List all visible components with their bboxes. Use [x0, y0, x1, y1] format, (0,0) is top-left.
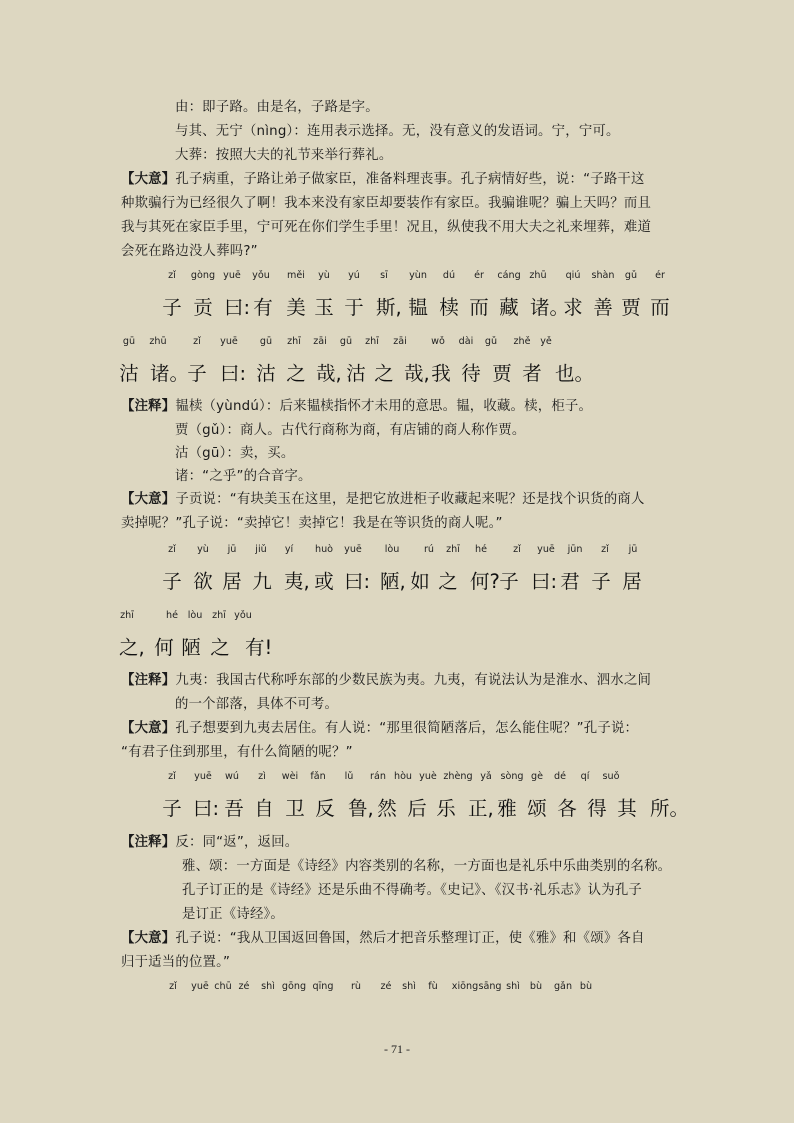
note-line: 与其、无宁（nìng）：连用表示选择。无，没有意义的发语词。宁，宁可。: [175, 124, 620, 140]
classical-character: 之: [286, 362, 306, 386]
notes-label: 【注释】: [121, 673, 175, 688]
classical-character: 诸。: [150, 362, 189, 386]
classical-character: 之: [210, 636, 230, 660]
classical-character: 雅: [497, 797, 517, 821]
pinyin-syllable: lòu: [188, 610, 203, 622]
pinyin-syllable: qiú: [566, 270, 581, 282]
pinyin-syllable: qí: [581, 771, 590, 783]
classical-character: 之,: [119, 636, 145, 660]
dayi-label: 【大意】: [121, 492, 175, 507]
classical-character: 贡: [193, 296, 213, 320]
notes-paragraph-line: 贾（gǔ）：商人。古代行商称为商，有店铺的商人称作贾。: [175, 423, 525, 439]
classical-character: 贾: [492, 362, 512, 386]
classical-character: 何: [154, 636, 174, 660]
pinyin-syllable: sòng: [500, 771, 523, 783]
pinyin-syllable: yǎ: [480, 771, 492, 783]
classical-character: 如: [410, 570, 430, 594]
pinyin-syllable: gōng: [282, 981, 306, 993]
pinyin-syllable: zhū: [149, 336, 166, 348]
classical-character: 求: [563, 296, 583, 320]
pinyin-syllable: cáng: [497, 270, 520, 282]
classical-character: 子: [499, 570, 519, 594]
dayi-paragraph-line: “有君子住到那里，有什么简陋的呢？”: [121, 745, 353, 761]
pinyin-syllable: yuē: [220, 336, 238, 348]
pinyin-syllable: yùn: [409, 270, 427, 282]
classical-character: 各: [557, 797, 577, 821]
pinyin-syllable: qīng: [313, 981, 334, 993]
pinyin-syllable: zǐ: [601, 544, 609, 556]
classical-character: 椟: [439, 296, 459, 320]
classical-character: 得: [587, 797, 607, 821]
pinyin-syllable: ér: [655, 270, 665, 282]
pinyin-syllable: zǐ: [169, 981, 177, 993]
classical-character: 正,: [468, 797, 494, 821]
pinyin-syllable: jūn: [568, 544, 583, 556]
classical-character: 曰:: [224, 296, 250, 320]
classical-character: 颂: [527, 797, 547, 821]
classical-character: 子: [162, 797, 182, 821]
classical-character: 也。: [555, 362, 594, 386]
pinyin-syllable: shì: [506, 981, 520, 993]
pinyin-syllable: chū: [214, 981, 231, 993]
pinyin-syllable: yuē: [191, 981, 209, 993]
pinyin-syllable: jiǔ: [255, 544, 266, 556]
classical-character: 者: [522, 362, 542, 386]
pinyin-syllable: měi: [287, 270, 305, 282]
pinyin-syllable: yuē: [223, 270, 241, 282]
classical-character: 子: [162, 296, 182, 320]
classical-character: 曰:: [193, 797, 219, 821]
notes-paragraph-line: 【注释】韫椟（yùndú）：后来韫椟指怀才未用的意思。韫，收藏。椟，柜子。: [121, 399, 592, 415]
classical-character: 玉: [314, 296, 334, 320]
classical-character: 之: [438, 570, 458, 594]
pinyin-syllable: yuē: [537, 544, 555, 556]
text: 反：同“返”，返回。: [175, 835, 298, 850]
dayi-label: 【大意】: [121, 172, 175, 187]
classical-character: 美: [286, 296, 306, 320]
pinyin-syllable: yù: [197, 544, 209, 556]
pinyin-syllable: sī: [380, 270, 388, 282]
page-number: - 71 -: [0, 1042, 794, 1057]
classical-character: 而: [469, 296, 489, 320]
dayi-paragraph-line: 卖掉呢？”孔子说：“卖掉它！卖掉它！我是在等识货的商人呢。”: [121, 516, 503, 532]
classical-character: 韫: [408, 296, 428, 320]
pinyin-syllable: zhě: [513, 336, 530, 348]
pinyin-syllable: wú: [225, 771, 239, 783]
notes-paragraph-line: 的一个部落，具体不可考。: [175, 697, 338, 713]
notes-label: 【注释】: [121, 399, 175, 414]
classical-character: 哉,: [404, 362, 430, 386]
dayi-paragraph-line: 【大意】孔子病重，子路让弟子做家臣，准备料理丧事。孔子病情好些，说：“子路干这: [121, 172, 645, 188]
text: 孔子想要到九夷去居住。有人说：“那里很简陋落后，怎么能住呢？”孔子说：: [175, 721, 638, 736]
pinyin-syllable: zǐ: [168, 771, 176, 783]
text: 孔子病重，子路让弟子做家臣，准备料理丧事。孔子病情好些，说：“子路干这: [175, 172, 644, 187]
pinyin-syllable: fǎn: [310, 771, 325, 783]
dayi-paragraph-line: 【大意】孔子说：“我从卫国返回鲁国，然后才把音乐整理订正，使《雅》和《颂》各自: [121, 931, 645, 947]
pinyin-syllable: hé: [475, 544, 487, 556]
classical-character: 待: [461, 362, 481, 386]
pinyin-syllable: yǒu: [252, 270, 270, 282]
notes-label: 【注释】: [121, 835, 175, 850]
pinyin-syllable: gū: [123, 336, 135, 348]
pinyin-syllable: zǐ: [168, 544, 176, 556]
dayi-paragraph-line: 会死在路边没人葬吗?”: [121, 244, 258, 260]
classical-character: 善: [593, 296, 613, 320]
pinyin-syllable: yuè: [419, 771, 437, 783]
classical-character: 我: [431, 362, 451, 386]
pinyin-syllable: dài: [459, 336, 474, 348]
classical-character: 沽: [346, 362, 366, 386]
pinyin-syllable: bù: [530, 981, 542, 993]
classical-character: 鲁,: [348, 797, 374, 821]
classical-character: 而: [650, 296, 670, 320]
pinyin-syllable: zhèng: [443, 771, 472, 783]
classical-character: 卫: [285, 797, 305, 821]
pinyin-syllable: zé: [239, 981, 250, 993]
pinyin-syllable: shì: [402, 981, 416, 993]
classical-character: 斯,: [376, 296, 402, 320]
classical-character: 居: [622, 570, 642, 594]
dayi-label: 【大意】: [121, 721, 175, 736]
document-page: 由：即子路。由是名，子路是字。 与其、无宁（nìng）：连用表示选择。无，没有意…: [0, 0, 794, 1123]
pinyin-syllable: zhī: [120, 610, 134, 622]
notes-paragraph-line: 孔子订正的是《诗经》还是乐曲不得确考。《史记》、《汉书·礼乐志》认为孔子: [182, 883, 642, 899]
notes-paragraph-line: 雅、颂：一方面是《诗经》内容类别的名称，一方面也是礼乐中乐曲类别的名称。: [182, 859, 671, 875]
pinyin-syllable: zǐ: [193, 336, 201, 348]
pinyin-syllable: zhū: [529, 270, 546, 282]
classical-character: 曰:: [220, 362, 246, 386]
classical-character: 之: [374, 362, 394, 386]
pinyin-syllable: fù: [428, 981, 437, 993]
classical-character: 君: [560, 570, 580, 594]
classical-character: 陋,: [380, 570, 406, 594]
classical-character: 子: [162, 570, 182, 594]
classical-character: 子: [591, 570, 611, 594]
notes-paragraph-line: 【注释】九夷：我国古代称呼东部的少数民族为夷。九夷，有说法认为是淮水、泗水之间: [121, 673, 651, 689]
dayi-paragraph-line: 归于适当的位置。”: [121, 955, 230, 971]
pinyin-syllable: gū: [260, 336, 272, 348]
pinyin-syllable: zhī: [446, 544, 460, 556]
pinyin-syllable: wǒ: [431, 336, 445, 348]
pinyin-syllable: yuē: [344, 544, 362, 556]
classical-character: 于: [344, 296, 364, 320]
notes-paragraph-line: 沽（gū）：卖，买。: [175, 446, 294, 462]
pinyin-syllable: zé: [381, 981, 392, 993]
classical-character: 曰:: [531, 570, 557, 594]
classical-character: 居: [222, 570, 242, 594]
dayi-paragraph-line: 【大意】孔子想要到九夷去居住。有人说：“那里很简陋落后，怎么能住呢？”孔子说：: [121, 721, 638, 737]
classical-character: 其: [617, 797, 637, 821]
pinyin-syllable: yě: [540, 336, 552, 348]
classical-character: 贾: [621, 296, 641, 320]
pinyin-syllable: zāi: [313, 336, 327, 348]
note-line: 大葬：按照大夫的礼节来举行葬礼。: [175, 148, 392, 164]
pinyin-syllable: yí: [285, 544, 293, 556]
pinyin-syllable: jū: [629, 544, 638, 556]
classical-character: 自: [254, 797, 274, 821]
pinyin-syllable: yù: [318, 270, 330, 282]
pinyin-syllable: gū: [340, 336, 352, 348]
classical-character: 或: [314, 570, 334, 594]
pinyin-syllable: yǒu: [234, 610, 252, 622]
notes-paragraph-line: 是订正《诗经》。: [182, 907, 284, 923]
classical-character: 反: [315, 797, 335, 821]
pinyin-syllable: jū: [228, 544, 237, 556]
pinyin-syllable: dú: [443, 270, 455, 282]
pinyin-syllable: gǔ: [625, 270, 637, 282]
note-line: 由：即子路。由是名，子路是字。: [175, 100, 379, 116]
pinyin-syllable: dé: [554, 771, 566, 783]
pinyin-syllable: huò: [315, 544, 333, 556]
classical-character: 哉,: [316, 362, 342, 386]
pinyin-syllable: yú: [348, 270, 360, 282]
pinyin-syllable: lǔ: [345, 771, 354, 783]
pinyin-syllable: hé: [166, 610, 178, 622]
text: 九夷：我国古代称呼东部的少数民族为夷。九夷，有说法认为是淮水、泗水之间: [175, 673, 651, 688]
classical-character: 何?: [470, 570, 500, 594]
pinyin-syllable: yuē: [194, 771, 212, 783]
classical-character: 沽: [119, 362, 139, 386]
classical-character: 乐: [436, 797, 456, 821]
pinyin-syllable: xiōng: [452, 981, 478, 993]
pinyin-syllable: shì: [261, 981, 275, 993]
pinyin-syllable: lòu: [385, 544, 400, 556]
pinyin-syllable: gǎn: [554, 981, 572, 993]
classical-character: 沽: [256, 362, 276, 386]
text: 孔子说：“我从卫国返回鲁国，然后才把音乐整理订正，使《雅》和《颂》各自: [175, 931, 644, 946]
classical-character: 藏: [499, 296, 519, 320]
classical-character: 陋: [181, 636, 201, 660]
dayi-paragraph-line: 种欺骗行为已经很久了啊！我本来没有家臣却要装作有家臣。我骗谁呢？骗上天吗？而且: [121, 196, 651, 212]
pinyin-syllable: suǒ: [603, 771, 620, 783]
classical-character: 欲: [193, 570, 213, 594]
classical-character: 所。: [650, 797, 689, 821]
pinyin-syllable: gè: [531, 771, 543, 783]
pinyin-syllable: zì: [258, 771, 266, 783]
pinyin-syllable: shàn: [591, 270, 614, 282]
pinyin-syllable: rù: [351, 981, 361, 993]
classical-character: 夷,: [284, 570, 310, 594]
classical-character: 吾: [224, 797, 244, 821]
pinyin-syllable: zāi: [393, 336, 407, 348]
pinyin-syllable: wèi: [282, 771, 298, 783]
pinyin-syllable: gǔ: [485, 336, 497, 348]
pinyin-syllable: bù: [580, 981, 592, 993]
notes-paragraph-line: 【注释】反：同“返”，返回。: [121, 835, 298, 851]
pinyin-syllable: rán: [370, 771, 386, 783]
text: 子贡说：“有块美玉在这里，是把它放进柜子收藏起来呢？还是找个识货的商人: [175, 492, 644, 507]
pinyin-syllable: zhī: [212, 610, 226, 622]
pinyin-syllable: rú: [424, 544, 434, 556]
pinyin-syllable: ér: [474, 270, 484, 282]
classical-character: 子: [187, 362, 207, 386]
pinyin-syllable: sāng: [478, 981, 501, 993]
dayi-paragraph-line: 【大意】子贡说：“有块美玉在这里，是把它放进柜子收藏起来呢？还是找个识货的商人: [121, 492, 645, 508]
pinyin-syllable: zǐ: [168, 270, 176, 282]
pinyin-syllable: zhī: [287, 336, 301, 348]
pinyin-syllable: hòu: [394, 771, 412, 783]
classical-character: 有: [253, 296, 273, 320]
classical-character: 后: [407, 797, 427, 821]
dayi-label: 【大意】: [121, 931, 175, 946]
classical-character: 有!: [245, 636, 272, 660]
classical-character: 九: [252, 570, 272, 594]
classical-character: 然: [377, 797, 397, 821]
text: 韫椟（yùndú）：后来韫椟指怀才未用的意思。韫，收藏。椟，柜子。: [175, 399, 592, 414]
pinyin-syllable: gòng: [191, 270, 215, 282]
notes-paragraph-line: 诸：“之乎”的合音字。: [175, 469, 312, 485]
pinyin-syllable: zhī: [365, 336, 379, 348]
pinyin-syllable: zǐ: [513, 544, 521, 556]
dayi-paragraph-line: 我与其死在家臣手里，宁可死在你们学生手里！况且，纵使我不用大夫之礼来埋葬，难道: [121, 220, 651, 236]
classical-character: 曰:: [344, 570, 370, 594]
